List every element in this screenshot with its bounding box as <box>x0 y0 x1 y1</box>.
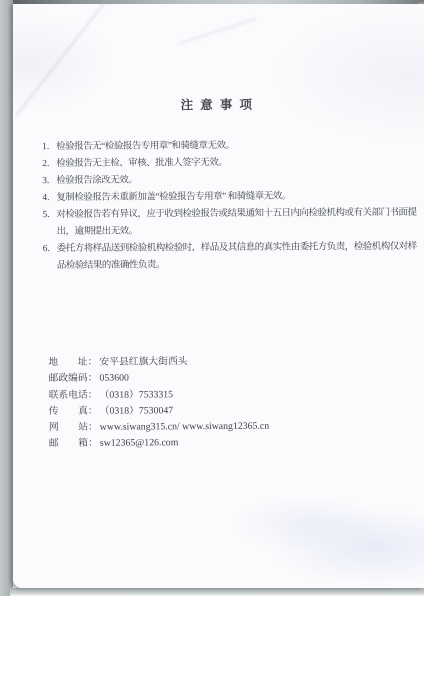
page-title: 注 意 事 项 <box>12 94 423 115</box>
note-number: 3. <box>42 173 56 190</box>
contact-label: 地 址： <box>48 355 97 372</box>
note-text: 复制检验报告未重新加盖“检验报告专用章” 和骑缝章无效。 <box>56 188 418 207</box>
note-text: 检验报告无“检验报告专用章”和骑缝章无效。 <box>56 137 418 156</box>
contact-value: sw12365@126.com <box>100 436 179 453</box>
contact-block: 地 址：安平县红旗大街西头 邮政编码：053600 联系电话：（0318）753… <box>48 353 409 453</box>
contact-label: 邮政编码： <box>48 371 97 388</box>
note-text: 检验报告无主检、审核、批准人签字无效。 <box>56 154 418 173</box>
contact-value: 053600 <box>99 371 128 387</box>
note-text: 检验报告涂改无效。 <box>56 171 418 190</box>
note-item: 5. 对检验报告若有异议，应于收到检验报告或结果通知十五日内向检验机构或有关部门… <box>42 205 418 241</box>
note-number: 4. <box>42 190 56 207</box>
contact-value: 安平县红旗大街西头 <box>99 354 187 371</box>
notes-list: 1. 检验报告无“检验报告专用章”和骑缝章无效。 2. 检验报告无主检、审核、批… <box>42 137 419 275</box>
note-number: 5. <box>42 207 56 241</box>
contact-label: 网 站： <box>49 420 98 437</box>
contact-value: www.siwang315.cn/ www.siwang12365.cn <box>100 419 269 436</box>
note-number: 2. <box>42 156 56 173</box>
contact-value: （0318）7530047 <box>100 403 174 420</box>
paper-bottom-shadow <box>10 588 424 596</box>
contact-label: 传 真： <box>49 404 98 421</box>
note-text: 对检验报告若有异议，应于收到检验报告或结果通知十五日内向检验机构或有关部门书面提… <box>56 205 418 241</box>
contact-label: 联系电话： <box>49 387 98 404</box>
contact-row-email: 邮 箱：sw12365@126.com <box>49 434 409 452</box>
note-number: 1. <box>42 139 56 156</box>
note-number: 6. <box>43 241 57 275</box>
scanned-page: 注 意 事 项 1. 检验报告无“检验报告专用章”和骑缝章无效。 2. 检验报告… <box>0 0 424 700</box>
document-content: 注 意 事 项 1. 检验报告无“检验报告专用章”和骑缝章无效。 2. 检验报告… <box>11 3 424 589</box>
contact-value: （0318）7533315 <box>100 387 174 404</box>
paper-sheet: 注 意 事 项 1. 检验报告无“检验报告专用章”和骑缝章无效。 2. 检验报告… <box>13 4 424 588</box>
note-item: 6. 委托方将样品送到检验机构检验时，样品及其信息的真实性由委托方负责，检验机构… <box>43 239 419 275</box>
note-text: 委托方将样品送到检验机构检验时，样品及其信息的真实性由委托方负责，检验机构仅对样… <box>57 239 419 275</box>
contact-label: 邮 箱： <box>49 436 98 453</box>
